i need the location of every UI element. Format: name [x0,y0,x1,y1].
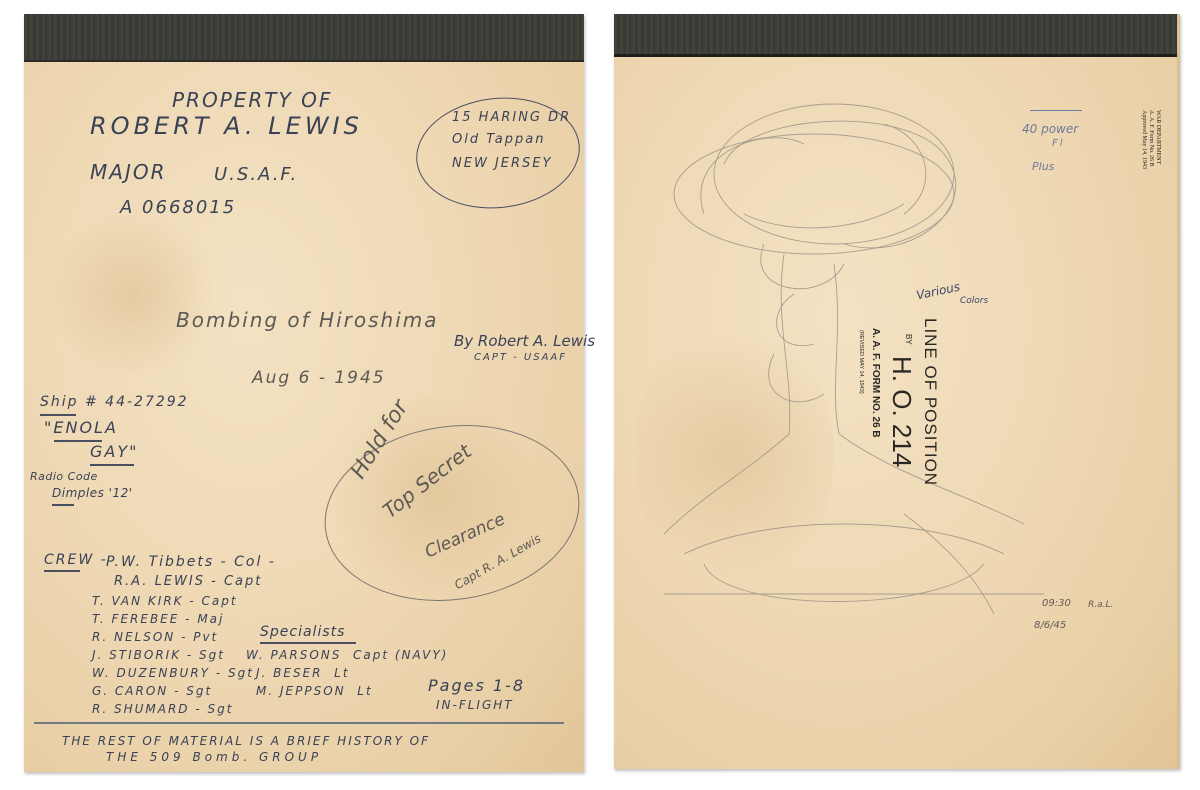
address-line-2: Old Tappan [452,132,545,147]
pencil-note-top-2: Fl [1052,138,1065,149]
back-cover: 40 power Fl Plus WAR DEPARTMENT A. A. F.… [614,14,1180,769]
printed-by: BY [904,334,913,345]
footer-line-1: THE REST OF MATERIAL IS A BRIEF HISTORY … [62,734,430,748]
document-title: Bombing of Hiroshima [176,308,439,332]
form-number: A. A. F. FORM NO. 26 B [870,328,881,438]
pencil-note-top-1: 40 power [1022,122,1078,136]
ship-number: Ship # 44-27292 [40,394,189,410]
ship-name-line-1: "ENOLA [44,418,118,437]
mushroom-cloud-sketch [644,94,1064,694]
rank: MAJOR [90,160,166,184]
specialists-label: Specialists [260,624,345,640]
pages-note-2: IN-FLIGHT [436,698,514,712]
serial-number: A 0668015 [120,197,236,218]
handwritten-note-2: Colors [960,296,988,306]
underline [1030,110,1082,111]
ship-name-line-2: GAY" [90,442,138,461]
crew-label: CREW - [44,552,108,568]
paper-stain [44,214,224,374]
specialist: M. JEPPSON Lt [256,684,373,698]
crew-member: J. STIBORIK - Sgt [92,648,225,662]
back-cover-spine [614,14,1177,57]
underline [52,504,74,506]
initials: R.a.L. [1088,600,1113,610]
crew-member: T. FEREBEE - Maj [92,612,224,626]
address-line-3: NEW JERSEY [452,156,552,171]
crew-member: W. DUZENBURY - Sgt [92,666,254,680]
time-note: 09:30 [1042,598,1071,609]
war-department-imprint: WAR DEPARTMENT A. A. F. Form No. 26 B Ap… [1140,110,1161,169]
address-line-1: 15 HARING DR [452,110,571,125]
byline-rank: CAPT - USAAF [474,352,567,363]
front-cover-spine [24,14,584,62]
radio-code-value: Dimples '12' [52,486,133,500]
crew-member: R.A. LEWIS - Capt [114,574,262,589]
footer-line-2: THE 509 Bomb. GROUP [106,750,322,764]
crew-member: G. CARON - Sgt [92,684,212,698]
byline: By Robert A. Lewis [454,332,595,350]
printed-method: H. O. 214 [886,356,917,467]
crew-member: P.W. Tibbets - Col - [106,554,276,570]
date-note: 8/6/45 [1034,620,1066,631]
underline [260,642,356,644]
specialist: W. PARSONS Capt (NAVY) [246,648,448,662]
radio-code-label: Radio Code [30,470,98,483]
pencil-note-top-3: Plus [1032,160,1054,173]
mission-date: Aug 6 - 1945 [252,368,386,388]
service: U.S.A.F. [214,164,298,185]
crew-member: R. NELSON - Pvt [92,630,218,644]
underline [44,570,80,572]
property-label: PROPERTY OF [172,88,332,112]
revised-date: (REVISED MAY 14, 1943) [858,330,864,394]
owner-name: ROBERT A. LEWIS [90,112,363,140]
crew-member: R. SHUMARD - Sgt [92,702,233,716]
address-oval [411,90,586,217]
underline [90,464,134,466]
underline [40,414,76,416]
specialist: J. BESER Lt [256,666,350,680]
pages-note: Pages 1-8 [428,676,525,695]
divider-line [34,722,564,724]
front-cover: PROPERTY OF ROBERT A. LEWIS MAJOR U.S.A.… [24,14,584,772]
crew-member: T. VAN KIRK - Capt [92,594,238,608]
printed-title: LINE OF POSITION [920,318,940,486]
